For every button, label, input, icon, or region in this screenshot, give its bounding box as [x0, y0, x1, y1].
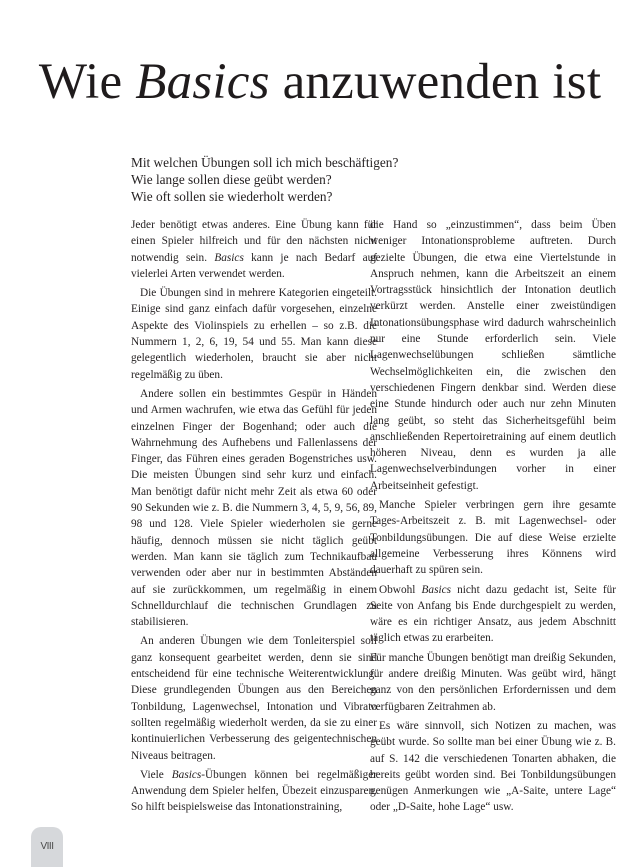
paragraph: Jeder benötigt etwas anderes. Eine Übung… — [131, 217, 377, 282]
paragraph: Die Übungen sind in mehrere Kategorien e… — [131, 285, 377, 383]
title-part-1: Wie — [39, 54, 135, 110]
paragraph: die Hand so „einzustimmen“, dass beim Üb… — [370, 217, 616, 494]
paragraph: Manche Spieler verbringen gern ihre gesa… — [370, 497, 616, 578]
paragraph: An anderen Übungen wie dem Tonleiterspie… — [131, 633, 377, 763]
paragraph: Andere sollen ein bestimmtes Gespür in H… — [131, 386, 377, 630]
paragraph: Für manche Übungen benötigt man dreißig … — [370, 650, 616, 715]
text-span: Viele — [140, 769, 172, 781]
italic-basics: Basics — [214, 252, 244, 264]
question-3: Wie oft sollen sie wiederholt werden? — [131, 188, 451, 205]
paragraph: Es wäre sinnvoll, sich Notizen zu machen… — [370, 718, 616, 816]
title-part-2: anzuwenden ist — [270, 54, 602, 110]
paragraph: Obwohl Basics nicht dazu gedacht ist, Se… — [370, 582, 616, 647]
title-italic-basics: Basics — [135, 54, 269, 110]
page-number-tab: VIII — [31, 827, 63, 867]
text-span: Obwohl — [379, 584, 422, 596]
right-text-column: die Hand so „einzustimmen“, dass beim Üb… — [370, 217, 616, 819]
left-text-column: Jeder benötigt etwas anderes. Eine Übung… — [131, 217, 377, 819]
question-2: Wie lange sollen diese geübt werden? — [131, 171, 451, 188]
intro-questions: Mit welchen Übungen soll ich mich beschä… — [131, 154, 451, 205]
page-title: Wie Basics anzuwenden ist — [0, 52, 640, 112]
italic-basics: Basics — [422, 584, 452, 596]
italic-basics: Basics — [172, 769, 202, 781]
question-1: Mit welchen Übungen soll ich mich beschä… — [131, 154, 451, 171]
page-number: VIII — [31, 841, 63, 852]
paragraph: Viele Basics-Übungen können bei regelmäß… — [131, 767, 377, 816]
